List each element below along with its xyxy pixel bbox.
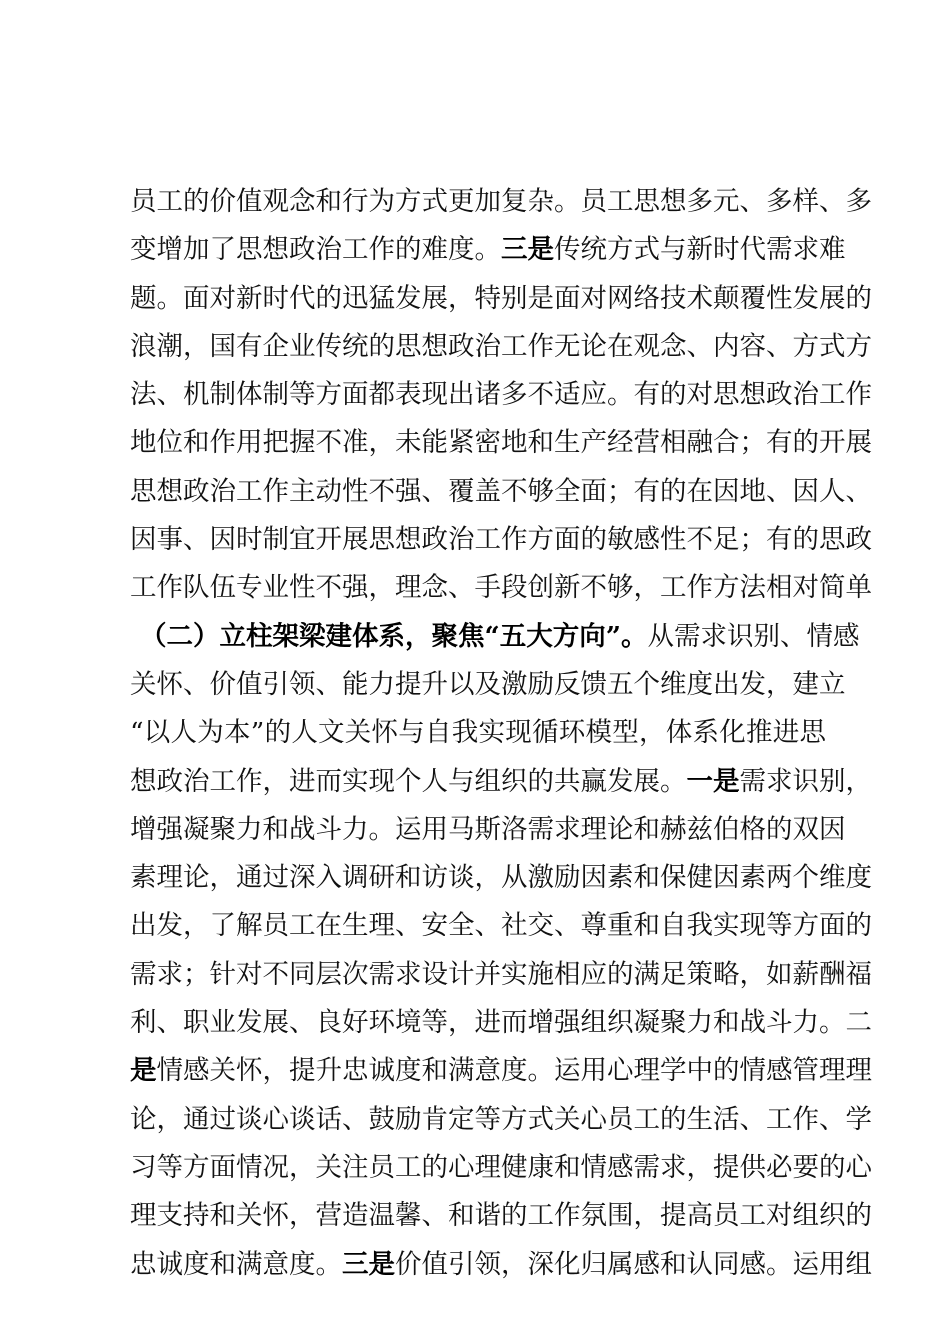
text-segment: 需求；针对不同层次需求设计并实施相应的满足策略，如薪酬福 [130, 959, 872, 990]
text-segment: 论，通过谈心谈话、鼓励肯定等方式关心员工的生活、工作、学 [130, 1104, 872, 1135]
text-segment: 情感关怀，提升忠诚度和满意度。运用心理学中的情感管理理 [157, 1055, 873, 1086]
text-line: 是情感关怀，提升忠诚度和满意度。运用心理学中的情感管理理 [130, 1047, 826, 1095]
bold-text-segment: 三是 [342, 1249, 395, 1280]
bold-text-segment: 一是 [687, 766, 740, 797]
text-segment: 忠诚度和满意度。 [130, 1249, 342, 1280]
text-segment: 增强凝聚力和战斗力。运用马斯洛需求理论和赫兹伯格的双因 [130, 814, 846, 845]
text-segment: 思想政治工作主动性不强、覆盖不够全面；有的在因地、因人、 [130, 476, 872, 507]
text-segment: 题。面对新时代的迅猛发展，特别是面对网络技术颠覆性发展的 [130, 283, 872, 314]
text-segment: 想政治工作，进而实现个人与组织的共赢发展。 [130, 766, 687, 797]
text-segment: 工作队伍专业性不强，理念、手段创新不够，工作方法相对简单 [130, 572, 872, 603]
text-segment: “以人为本”的人文关怀与自我实现循环模型，体系化推进思 [130, 717, 826, 748]
text-line: 员工的价值观念和行为方式更加复杂。员工思想多元、多样、多 [130, 178, 826, 226]
text-segment: 理支持和关怀，营造温馨、和谐的工作氛围，提高员工对组织的 [130, 1200, 872, 1231]
text-line: 出发，了解员工在生理、安全、社交、尊重和自我实现等方面的 [130, 902, 826, 950]
text-segment: 素理论，通过深入调研和访谈，从激励因素和保健因素两个维度 [130, 862, 872, 893]
text-segment: 员工的价值观念和行为方式更加复杂。员工思想多元、多样、多 [130, 186, 872, 217]
text-segment: 利、职业发展、良好环境等，进而增强组织凝聚力和战斗力。二 [130, 1007, 872, 1038]
text-segment: 变增加了思想政治工作的难度。 [130, 234, 501, 265]
text-line: 题。面对新时代的迅猛发展，特别是面对网络技术颠覆性发展的 [130, 275, 826, 323]
text-line: 地位和作用把握不准，未能紧密地和生产经营相融合；有的开展 [130, 419, 826, 467]
text-line: 思想政治工作主动性不强、覆盖不够全面；有的在因地、因人、 [130, 468, 826, 516]
text-segment: 价值引领，深化归属感和认同感。运用组 [395, 1249, 872, 1280]
text-line: 想政治工作，进而实现个人与组织的共赢发展。一是需求识别， [130, 758, 826, 806]
bold-text-segment: （二）立柱架梁建体系，聚焦“五大方向”。 [140, 621, 648, 652]
text-segment: 出发，了解员工在生理、安全、社交、尊重和自我实现等方面的 [130, 910, 872, 941]
text-segment: 法、机制体制等方面都表现出诸多不适应。有的对思想政治工作 [130, 379, 872, 410]
text-segment: 传统方式与新时代需求难 [554, 234, 846, 265]
text-line: 因事、因时制宜开展思想政治工作方面的敏感性不足；有的思政 [130, 516, 826, 564]
text-line: 工作队伍专业性不强，理念、手段创新不够，工作方法相对简单 [130, 564, 826, 612]
text-line: “以人为本”的人文关怀与自我实现循环模型，体系化推进思 [130, 709, 826, 757]
text-line: 关怀、价值引领、能力提升以及激励反馈五个维度出发，建立 [130, 661, 826, 709]
text-segment: 从需求识别、情感 [648, 621, 860, 652]
text-line: 利、职业发展、良好环境等，进而增强组织凝聚力和战斗力。二 [130, 999, 826, 1047]
bold-text-segment: 三是 [501, 234, 554, 265]
text-segment: 关怀、价值引领、能力提升以及激励反馈五个维度出发，建立 [130, 669, 846, 700]
text-line: 论，通过谈心谈话、鼓励肯定等方式关心员工的生活、工作、学 [130, 1096, 826, 1144]
text-line: 增强凝聚力和战斗力。运用马斯洛需求理论和赫兹伯格的双因 [130, 806, 826, 854]
text-segment: 习等方面情况，关注员工的心理健康和情感需求，提供必要的心 [130, 1152, 872, 1183]
text-line: 浪潮，国有企业传统的思想政治工作无论在观念、内容、方式方 [130, 323, 826, 371]
text-line: 理支持和关怀，营造温馨、和谐的工作氛围，提高员工对组织的 [130, 1192, 826, 1240]
text-line: 忠诚度和满意度。三是价值引领，深化归属感和认同感。运用组 [130, 1241, 826, 1289]
text-line: 素理论，通过深入调研和访谈，从激励因素和保健因素两个维度 [130, 854, 826, 902]
text-segment: 因事、因时制宜开展思想政治工作方面的敏感性不足；有的思政 [130, 524, 872, 555]
text-line: 法、机制体制等方面都表现出诸多不适应。有的对思想政治工作 [130, 371, 826, 419]
text-line: 习等方面情况，关注员工的心理健康和情感需求，提供必要的心 [130, 1144, 826, 1192]
text-line: （二）立柱架梁建体系，聚焦“五大方向”。从需求识别、情感 [130, 613, 826, 661]
text-line: 需求；针对不同层次需求设计并实施相应的满足策略，如薪酬福 [130, 951, 826, 999]
document-page: 员工的价值观念和行为方式更加复杂。员工思想多元、多样、多变增加了思想政治工作的难… [130, 178, 826, 1289]
text-segment: 需求识别， [740, 766, 873, 797]
text-segment: 地位和作用把握不准，未能紧密地和生产经营相融合；有的开展 [130, 427, 872, 458]
text-segment: 浪潮，国有企业传统的思想政治工作无论在观念、内容、方式方 [130, 331, 872, 362]
text-line: 变增加了思想政治工作的难度。三是传统方式与新时代需求难 [130, 226, 826, 274]
bold-text-segment: 是 [130, 1055, 157, 1086]
